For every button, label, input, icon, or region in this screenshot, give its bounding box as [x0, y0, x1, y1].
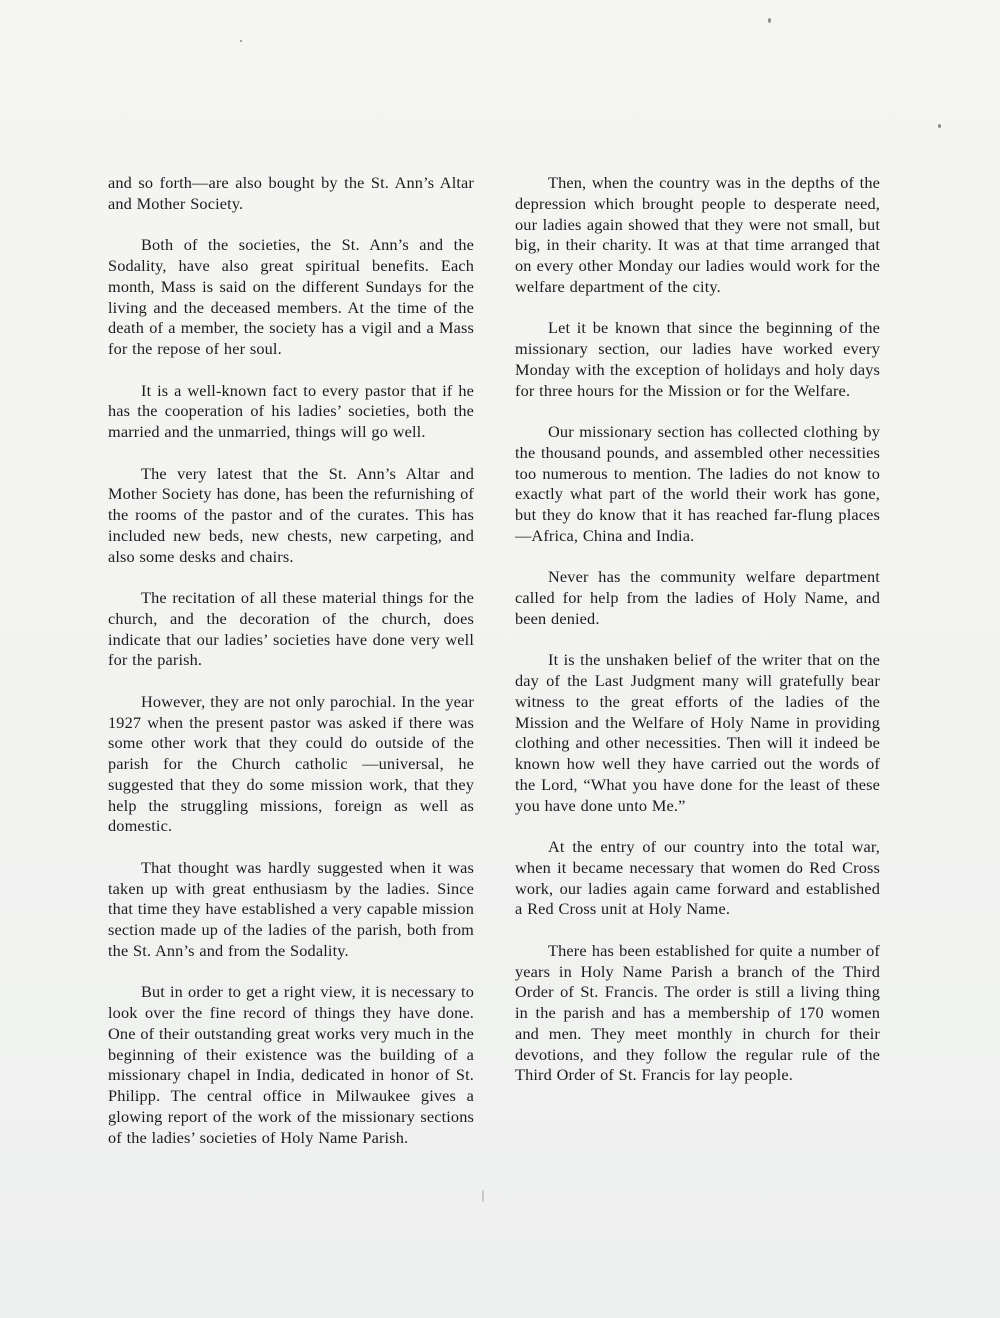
- paper-speck: [768, 18, 771, 23]
- paper-speck: [938, 124, 941, 128]
- paragraph: That thought was hardly suggested when i…: [108, 858, 474, 962]
- paragraph: It is a well-known fact to every pastor …: [108, 381, 474, 443]
- paragraph: and so forth—are also bought by the St. …: [108, 173, 474, 215]
- paragraph: There has been established for quite a n…: [515, 941, 880, 1086]
- paragraph: At the entry of our country into the tot…: [515, 837, 880, 920]
- paper-speck: [240, 40, 242, 42]
- scanned-page: and so forth—are also bought by the St. …: [0, 0, 1000, 1318]
- paper-speck: [482, 1190, 484, 1202]
- paragraph: However, they are not only parochial. In…: [108, 692, 474, 837]
- paragraph: Never has the community welfare depart­m…: [515, 567, 880, 629]
- paragraph: Then, when the country was in the depths…: [515, 173, 880, 298]
- paragraph: But in order to get a right view, it is …: [108, 982, 474, 1148]
- paragraph: The recitation of all these material thi…: [108, 588, 474, 671]
- paragraph: Our missionary section has collected clo…: [515, 422, 880, 547]
- paragraph: The very latest that the St. Ann’s Altar…: [108, 464, 474, 568]
- right-text-column: Then, when the country was in the depths…: [515, 173, 880, 1107]
- paragraph: Both of the societies, the St. Ann’s and…: [108, 235, 474, 360]
- paragraph: It is the unshaken belief of the writer …: [515, 650, 880, 816]
- left-text-column: and so forth—are also bought by the St. …: [108, 173, 474, 1169]
- paragraph: Let it be known that since the beginning…: [515, 318, 880, 401]
